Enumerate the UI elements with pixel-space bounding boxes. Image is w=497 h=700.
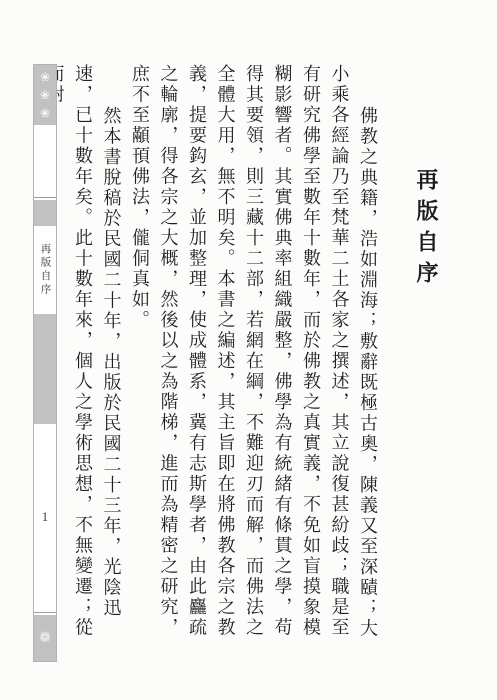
lotus-icon: ❁ — [39, 631, 51, 645]
body-text: 佛教之典籍，浩如淵海；敷辭既極古奧，陳義又至深賾；大小乘各經論乃至梵華二土各家之… — [68, 64, 382, 652]
divider-line — [34, 197, 56, 198]
page-title: 再版自序 — [411, 168, 442, 292]
spacer-block — [34, 125, 56, 195]
page-number-block: 1 — [34, 424, 56, 610]
book-page: 再版自序 佛教之典籍，浩如淵海；敷辭既極古奧，陳義又至深賾；大小乘各經論乃至梵華… — [0, 0, 497, 700]
divider-line — [34, 612, 56, 613]
ornament-block-top: ❀ ❀ ❀ — [34, 65, 56, 125]
gray-block-large — [34, 314, 56, 424]
rosette-icon: ❀ — [40, 71, 50, 83]
page-number: 1 — [42, 510, 48, 525]
chapter-label: 再版自序 — [38, 243, 53, 297]
margin-strip: ❀ ❀ ❀ 再版自序 1 ❁ — [33, 64, 57, 662]
rosette-icon: ❀ — [40, 89, 50, 101]
chapter-tab: 再版自序 — [34, 226, 56, 314]
ornament-block-bottom: ❁ — [34, 615, 56, 661]
gray-block-small — [34, 200, 56, 226]
paragraph-1: 佛教之典籍，浩如淵海；敷辭既極古奧，陳義又至深賾；大小乘各經論乃至梵華二土各家之… — [126, 64, 383, 652]
rosette-icon: ❀ — [40, 107, 50, 119]
